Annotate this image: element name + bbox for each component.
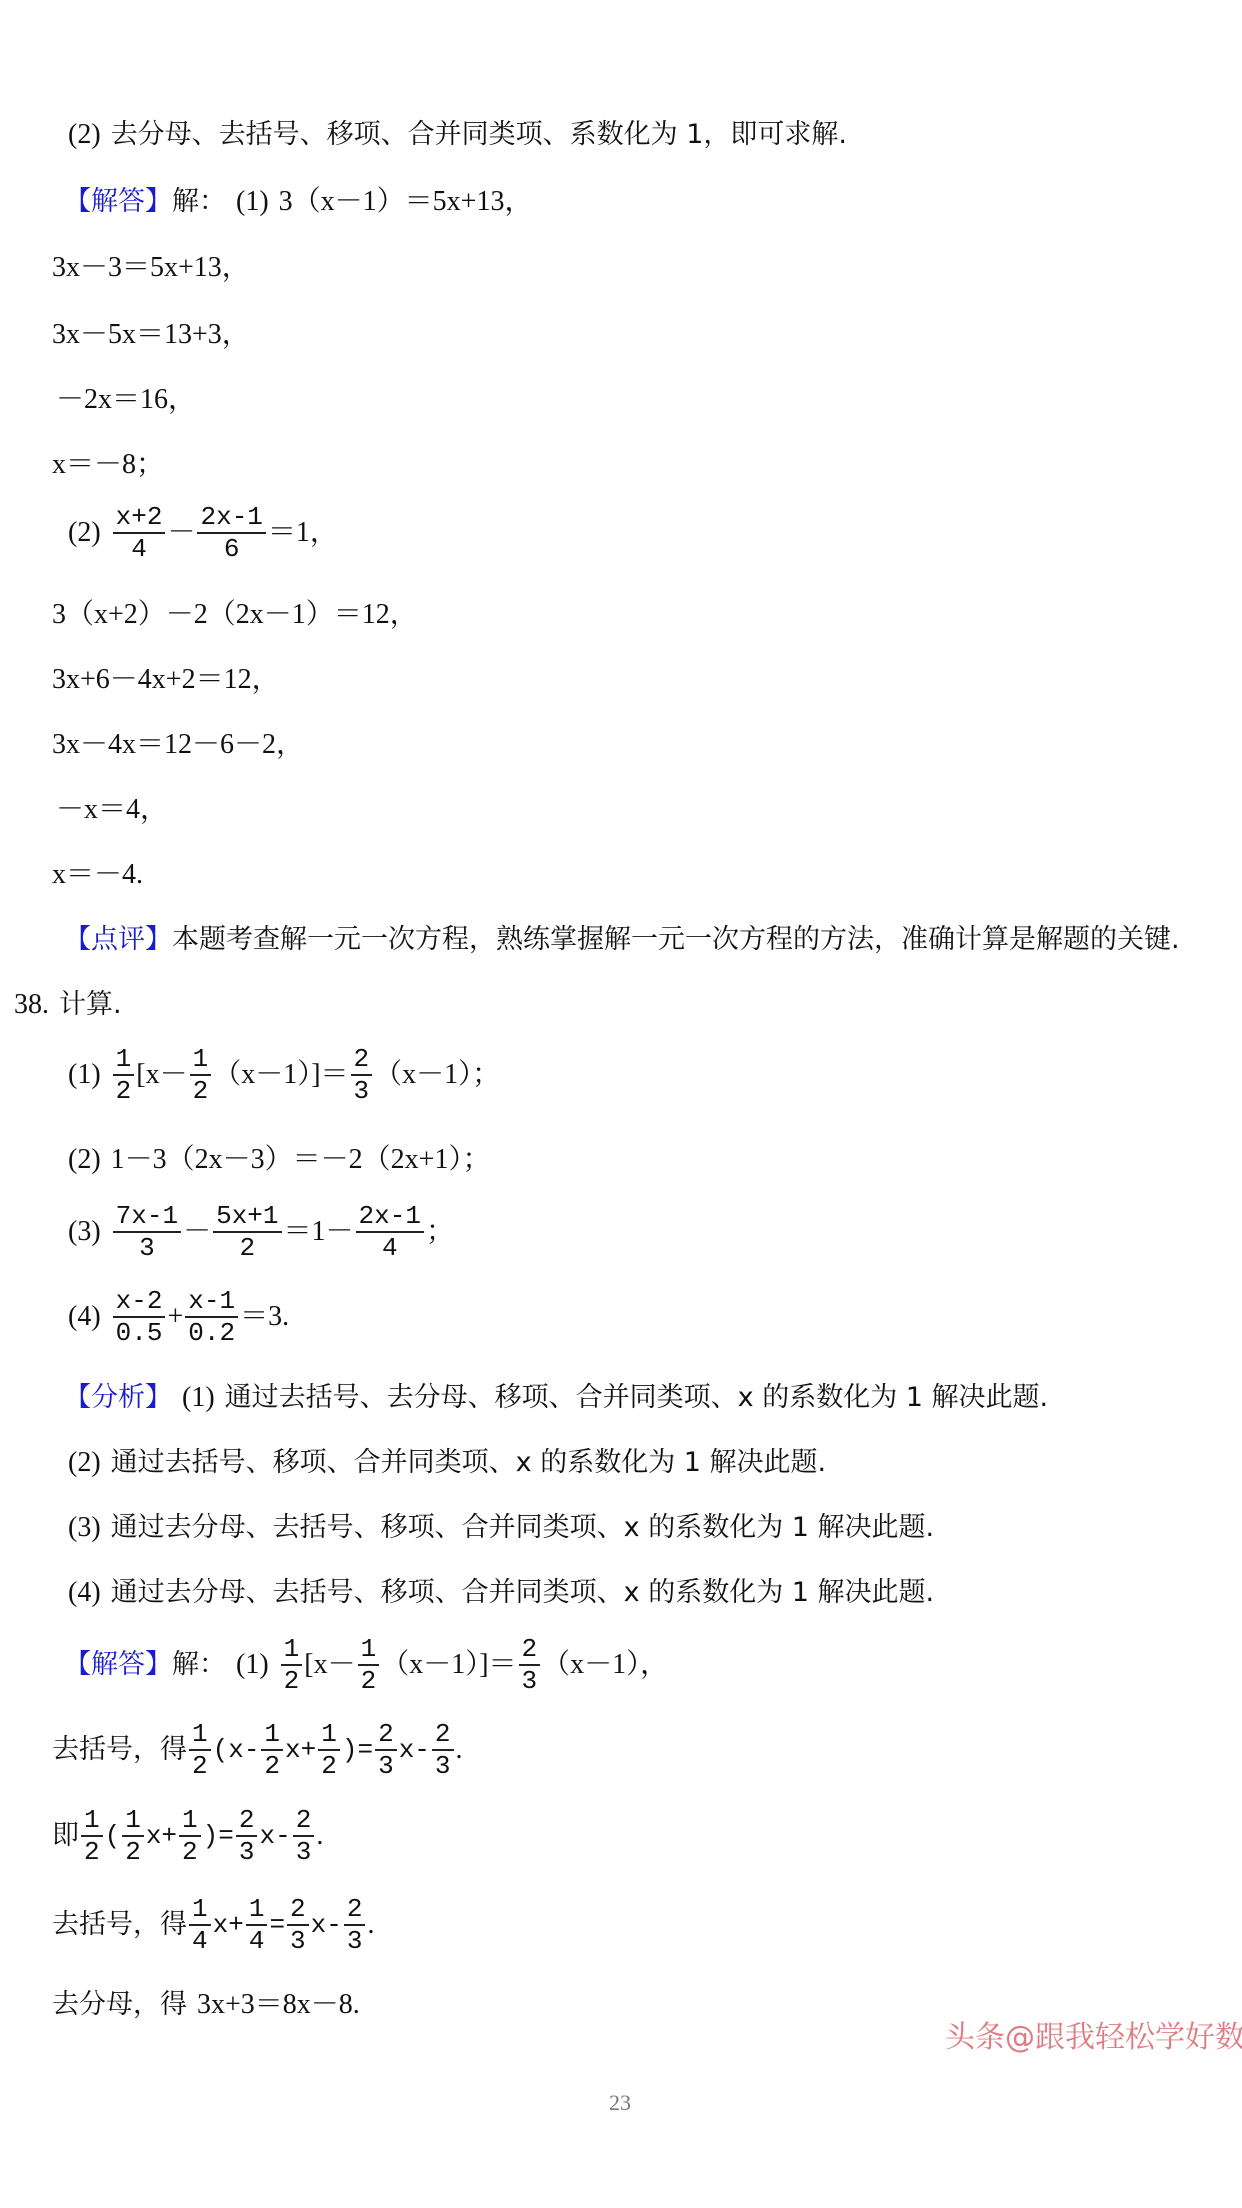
fraction: 23 <box>344 1894 366 1956</box>
denominator: 2 <box>190 1076 212 1106</box>
fraction: x-20.5 <box>113 1286 166 1348</box>
fraction: 2x-1 6 <box>197 502 265 564</box>
expr: . <box>367 1908 374 1942</box>
fraction: 23 <box>236 1805 258 1867</box>
denominator: 2 <box>237 1233 259 1263</box>
fraction: 7x-13 <box>113 1201 181 1263</box>
item-label: (2) <box>68 118 101 152</box>
fraction: 5x+12 <box>213 1201 281 1263</box>
item-label: (4) <box>68 1300 101 1334</box>
fraction: 23 <box>432 1719 454 1781</box>
expr: x+ <box>146 1819 177 1853</box>
expr: （x－1）， <box>542 1648 668 1682</box>
step-line: 3x－3＝5x+13， <box>52 251 250 285</box>
numerator: 1 <box>113 1044 135 1076</box>
part-label: (1) <box>236 1648 269 1682</box>
numerator: 1 <box>122 1805 144 1837</box>
analysis-text: 去分母、去括号、移项、合并同类项、系数化为 1，即可求解. <box>111 118 847 152</box>
page-number: 23 <box>609 2090 631 2116</box>
item-label: (1) <box>68 1058 101 1092</box>
expr: x+ <box>213 1908 244 1942</box>
equation: 3（x－1）＝5x+13， <box>279 185 533 219</box>
expr: . <box>316 1819 323 1853</box>
step-line: －2x＝16， <box>56 383 196 417</box>
item-label: (3) <box>68 1215 101 1249</box>
fraction: 2x-14 <box>356 1201 424 1263</box>
comment-text: 本题考查解一元一次方程，熟练掌握解一元一次方程的方法，准确计算是解题的关键. <box>172 923 1180 957</box>
part-label: (2) <box>68 516 101 550</box>
expr: x- <box>311 1908 342 1942</box>
analysis-tag: 【分析】 <box>64 1381 172 1415</box>
problem-item-4: (4) x-20.5 + x-10.2 ＝3. <box>68 1286 289 1348</box>
item-label: (4) <box>68 1576 101 1610</box>
analysis-item-2: (2) 通过去括号、移项、合并同类项、x 的系数化为 1 解决此题. <box>68 1446 826 1480</box>
expr: ＝3. <box>240 1300 289 1334</box>
numerator: 2 <box>351 1044 373 1076</box>
numerator: 1 <box>81 1805 103 1837</box>
fraction: 12 <box>281 1634 303 1696</box>
part2-equation: (2) x+2 4 － 2x-1 6 ＝1， <box>68 502 338 564</box>
analysis-text: 通过去分母、去括号、移项、合并同类项、x 的系数化为 1 解决此题. <box>111 1576 935 1610</box>
numerator: x-2 <box>113 1286 166 1318</box>
fraction: x+2 4 <box>113 502 166 564</box>
numerator: 2 <box>287 1894 309 1926</box>
expr: ( <box>105 1819 121 1853</box>
solution-step-1: 去括号，得 12 (x- 12 x+ 12 )= 23 x- 23 . <box>52 1719 463 1781</box>
solution-step-3: 去括号，得 14 x+ 14 = 23 x- 23 . <box>52 1894 374 1956</box>
denominator: 4 <box>128 534 150 564</box>
numerator: 1 <box>189 1719 211 1751</box>
expr: （x－1）]＝ <box>213 1058 348 1092</box>
denominator: 2 <box>179 1837 201 1867</box>
denominator: 2 <box>189 1751 211 1781</box>
denominator: 2 <box>261 1751 283 1781</box>
numerator: 2 <box>375 1719 397 1751</box>
fraction: 23 <box>375 1719 397 1781</box>
watermark: 头条@跟我轻松学好数学 <box>945 2012 1242 2056</box>
expr: )= <box>342 1733 373 1767</box>
numerator: 1 <box>281 1634 303 1666</box>
denominator: 4 <box>246 1926 268 1956</box>
numerator: 2 <box>236 1805 258 1837</box>
fraction: 12 <box>81 1805 103 1867</box>
expr: （x－1）； <box>374 1058 500 1092</box>
operator: － <box>183 1215 211 1249</box>
denominator: 3 <box>519 1666 541 1696</box>
expr: = <box>269 1908 285 1942</box>
fraction: 23 <box>519 1634 541 1696</box>
fraction: 23 <box>351 1044 373 1106</box>
fraction: 23 <box>293 1805 315 1867</box>
solution-step-2: 即 12 ( 12 x+ 12 )= 23 x- 23 . <box>52 1805 323 1867</box>
step-line: 3x－5x＝13+3， <box>52 318 250 352</box>
numerator: 1 <box>358 1634 380 1666</box>
numerator: 1 <box>318 1719 340 1751</box>
expr: (x- <box>213 1733 260 1767</box>
denominator: 3 <box>287 1926 309 1956</box>
denominator: 3 <box>236 1837 258 1867</box>
problem-item-1: (1) 12 [x－ 12 （x－1）]＝ 23 （x－1）； <box>68 1044 500 1106</box>
item-label: (1) <box>182 1381 215 1415</box>
solution-header: 【解答】 解： (1) 12 [x－ 12 （x－1）]＝ 23 （x－1）， <box>64 1634 668 1696</box>
expr: x+ <box>285 1733 316 1767</box>
expr: . <box>456 1733 463 1767</box>
part-label: (1) <box>236 185 269 219</box>
numerator: 2 <box>519 1634 541 1666</box>
item-label: (2) <box>68 1446 101 1480</box>
numerator: 1 <box>190 1044 212 1076</box>
comment-tag: 【点评】 <box>64 923 172 957</box>
operator: － <box>167 516 195 550</box>
numerator: 1 <box>189 1894 211 1926</box>
denominator: 4 <box>379 1233 401 1263</box>
solution-tag: 【解答】 <box>64 185 172 219</box>
expr: ； <box>426 1215 454 1249</box>
problem-title: 计算. <box>59 988 122 1022</box>
fraction: 12 <box>189 1719 211 1781</box>
step-prefix: 去分母，得 <box>52 1988 187 2022</box>
solution-tag: 【解答】 <box>64 1648 172 1682</box>
expr: ＝1－ <box>284 1215 354 1249</box>
expr: x- <box>259 1819 290 1853</box>
rhs: ＝1， <box>268 516 338 550</box>
step-line: 3（x+2）－2（2x－1）＝12， <box>52 598 418 632</box>
numerator: 5x+1 <box>213 1201 281 1233</box>
denominator: 3 <box>344 1926 366 1956</box>
denominator: 3 <box>293 1837 315 1867</box>
fraction: 12 <box>190 1044 212 1106</box>
step-line: x＝－8； <box>52 448 164 482</box>
step-prefix: 去括号，得 <box>52 1733 187 1767</box>
fraction: 12 <box>318 1719 340 1781</box>
analysis-text: 通过去括号、移项、合并同类项、x 的系数化为 1 解决此题. <box>111 1446 827 1480</box>
fraction: 23 <box>287 1894 309 1956</box>
numerator: x-1 <box>185 1286 238 1318</box>
fraction: 12 <box>113 1044 135 1106</box>
fraction: x-10.2 <box>185 1286 238 1348</box>
numerator: x+2 <box>113 502 166 534</box>
fraction: 12 <box>358 1634 380 1696</box>
item-label: (2) <box>68 1143 101 1177</box>
numerator: 2x-1 <box>197 502 265 534</box>
denominator: 2 <box>281 1666 303 1696</box>
denominator: 3 <box>375 1751 397 1781</box>
denominator: 3 <box>136 1233 158 1263</box>
numerator: 1 <box>179 1805 201 1837</box>
denominator: 0.5 <box>113 1318 166 1348</box>
expr: [x－ <box>304 1648 355 1682</box>
expr: [x－ <box>136 1058 187 1092</box>
numerator: 2 <box>293 1805 315 1837</box>
denominator: 2 <box>318 1751 340 1781</box>
analysis-item-3: (3) 通过去分母、去括号、移项、合并同类项、x 的系数化为 1 解决此题. <box>68 1511 934 1545</box>
problem-38-heading: 38. 计算. <box>14 988 122 1022</box>
fraction: 14 <box>189 1894 211 1956</box>
analysis-text: 通过去括号、去分母、移项、合并同类项、x 的系数化为 1 解决此题. <box>225 1381 1049 1415</box>
expr: 1－3（2x－3）＝－2（2x+1）； <box>111 1143 491 1177</box>
numerator: 1 <box>261 1719 283 1751</box>
solution-step-4: 去分母，得 3x+3＝8x－8. <box>52 1988 360 2022</box>
problem-item-2: (2) 1－3（2x－3）＝－2（2x+1）； <box>68 1143 490 1177</box>
step-line: x＝－4. <box>52 858 143 892</box>
item-label: (3) <box>68 1511 101 1545</box>
problem-item-3: (3) 7x-13 － 5x+12 ＝1－ 2x-14 ； <box>68 1201 454 1263</box>
expr: x- <box>399 1733 430 1767</box>
denominator: 2 <box>122 1837 144 1867</box>
equation: 3x+3＝8x－8. <box>197 1988 360 2022</box>
analysis-item-4: (4) 通过去分母、去括号、移项、合并同类项、x 的系数化为 1 解决此题. <box>68 1576 934 1610</box>
solution-intro: 解： <box>172 185 226 219</box>
numerator: 2x-1 <box>356 1201 424 1233</box>
analysis-text: 通过去分母、去括号、移项、合并同类项、x 的系数化为 1 解决此题. <box>111 1511 935 1545</box>
fraction: 12 <box>122 1805 144 1867</box>
step-prefix: 去括号，得 <box>52 1908 187 1942</box>
denominator: 3 <box>351 1076 373 1106</box>
denominator: 3 <box>432 1751 454 1781</box>
denominator: 2 <box>81 1837 103 1867</box>
solution-header: 【解答】 解： (1) 3（x－1）＝5x+13， <box>64 185 532 219</box>
denominator: 0.2 <box>185 1318 238 1348</box>
expr: （x－1）]＝ <box>381 1648 516 1682</box>
numerator: 1 <box>246 1894 268 1926</box>
step-prefix: 即 <box>52 1819 79 1853</box>
solution-intro: 解： <box>172 1648 226 1682</box>
denominator: 2 <box>113 1076 135 1106</box>
expr: )= <box>203 1819 234 1853</box>
fraction: 14 <box>246 1894 268 1956</box>
fraction: 12 <box>261 1719 283 1781</box>
analysis-item-1: 【分析】 (1) 通过去括号、去分母、移项、合并同类项、x 的系数化为 1 解决… <box>64 1381 1048 1415</box>
denominator: 2 <box>358 1666 380 1696</box>
denominator: 4 <box>189 1926 211 1956</box>
step-line: －x＝4， <box>56 793 168 827</box>
operator: + <box>167 1300 183 1334</box>
numerator: 2 <box>344 1894 366 1926</box>
step-line: 3x+6－4x+2＝12， <box>52 663 280 697</box>
numerator: 2 <box>432 1719 454 1751</box>
numerator: 7x-1 <box>113 1201 181 1233</box>
denominator: 6 <box>221 534 243 564</box>
problem-number: 38. <box>14 988 49 1022</box>
step-line: 3x－4x＝12－6－2， <box>52 728 304 762</box>
comment: 【点评】 本题考查解一元一次方程，熟练掌握解一元一次方程的方法，准确计算是解题的… <box>64 923 1180 957</box>
analysis-item-2: (2) 去分母、去括号、移项、合并同类项、系数化为 1，即可求解. <box>68 118 847 152</box>
fraction: 12 <box>179 1805 201 1867</box>
